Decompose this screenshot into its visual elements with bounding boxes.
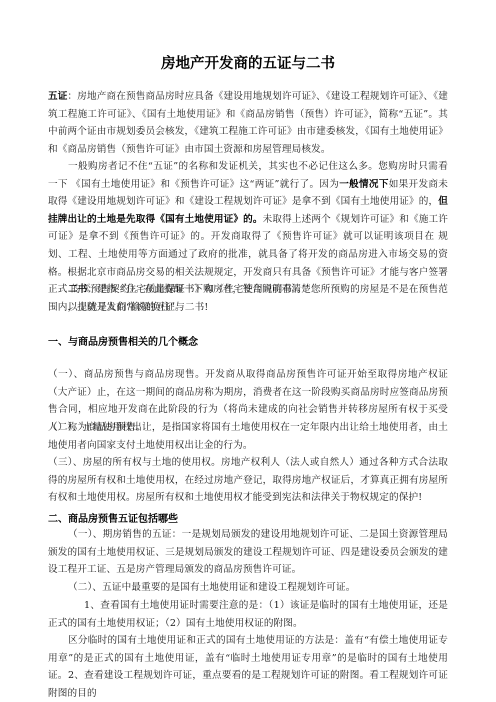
section2-heading: 二、商品房预售五证包括哪些 [48,510,178,525]
para2-bold-1: 一般情况下 [339,179,389,190]
section2-item-2: （二）、五证中最重要的是国有土地使用证和建设工程规划许可证。 [48,579,448,597]
ershu-paragraph: 二书：是指《住宅质量保证书》和《住宅使用说明书》。 [48,281,448,299]
section2-item-1: （一）、期房销售的五证：一是规划局颁发的建设用地规划许可证、二是国土资源管理局颁… [48,526,448,579]
ershu-text: ：是指《住宅质量保证书》和《住宅使用说明书》。 [88,284,307,295]
section1-heading: 一、与商品房预售相关的几个概念 [48,333,198,348]
section2-item-3: 1、查看国有土地使用证时需要注意的是：（1）该证是临时的国有土地使用证，还是正式… [48,597,448,632]
wuzheng-paragraph: 五证：房地产商在预售商品房时应具备《建设用地规划许可证》、《建设工程规划许可证》… [48,88,448,158]
summary-line: 以上就是人们常说的五证与二书! [48,299,448,317]
document-title: 房地产开发商的五证与二书 [48,52,448,73]
section1-item-2: （二）、土地使用权出让，是指国家将国有土地使用权在一定年限内出让给土地使用者，由… [48,419,448,454]
section2-item-5: 2、查看建设工程规划许可证，重点要看的是工程规划许可证的附图。看工程规划许可证附… [48,667,448,702]
wuzheng-label: 五证 [48,91,68,102]
ershu-label: 二书 [68,284,88,295]
section1-item-3: （三）、房屋的所有权与土地的使用权。房地产权利人（法人或自然人）通过各种方式合法… [48,454,448,507]
wuzheng-text: ：房地产商在预售商品房时应具备《建设用地规划许可证》、《建设工程规划许可证》、《… [48,91,448,155]
